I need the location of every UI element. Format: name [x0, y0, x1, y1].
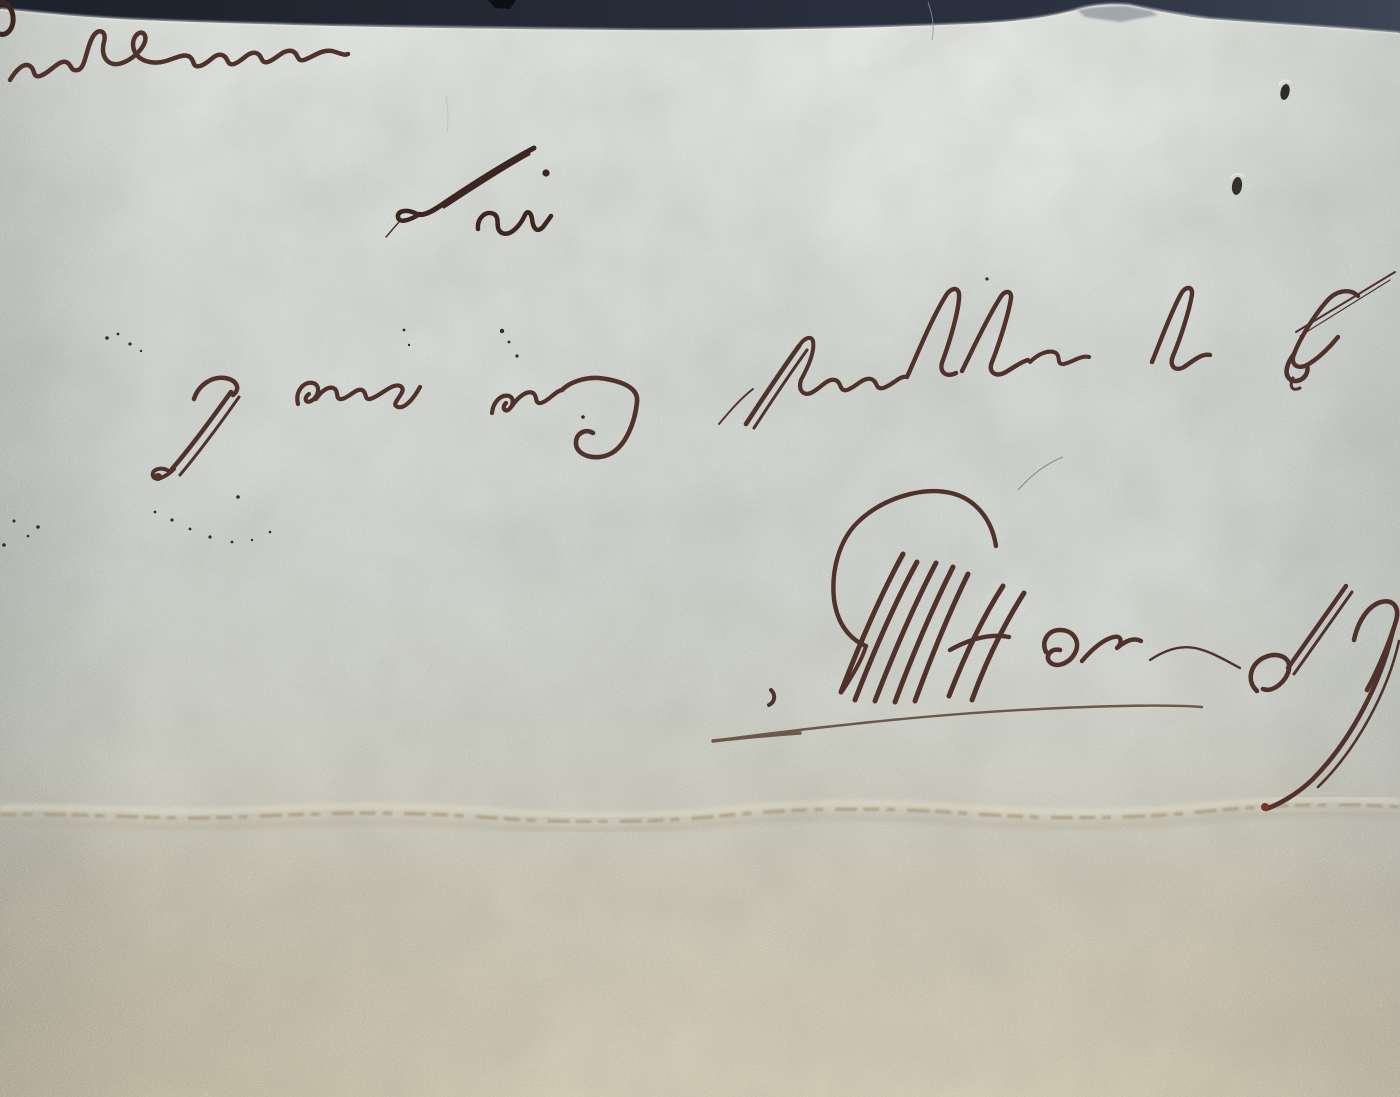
ink-blot-tail-tip [1261, 803, 1269, 811]
sir-i-dot [542, 169, 549, 176]
paper-texture [0, 0, 1400, 1097]
letter-photograph: (illegible cursive word, cut off at top-… [0, 0, 1400, 1097]
handwriting-and-texture-svg [0, 0, 1400, 1097]
